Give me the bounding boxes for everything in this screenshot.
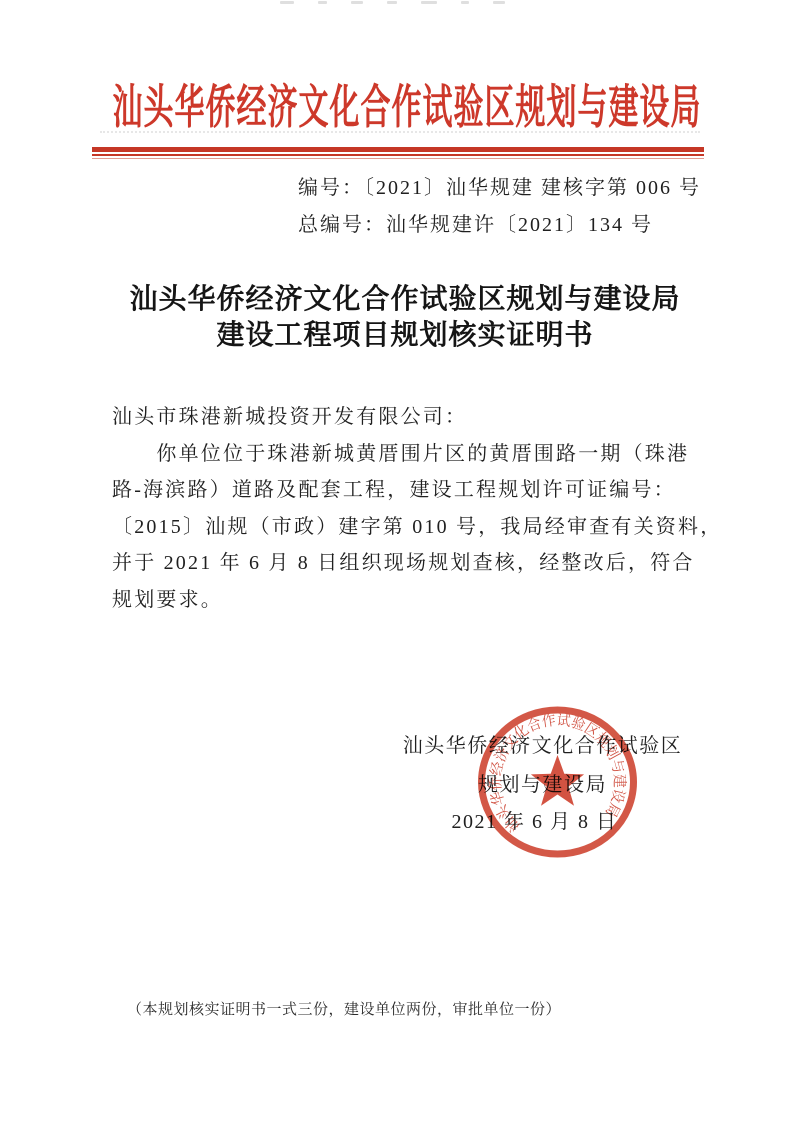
body-line: 〔2015〕汕规（市政）建字第 010 号，我局经审查有关资料，	[112, 509, 708, 546]
scan-artifact	[280, 1, 610, 6]
letterhead-divider	[92, 147, 704, 159]
document-page: 汕头华侨经济文化合作试验区规划与建设局 编号：〔2021〕汕华规建 建核字第 0…	[0, 0, 794, 1121]
body-line: 规划要求。	[112, 582, 708, 619]
footer-note: （本规划核实证明书一式三份，建设单位两份，审批单位一份）	[127, 998, 561, 1019]
document-numbers: 编号：〔2021〕汕华规建 建核字第 006 号 总编号：汕华规建许〔2021〕…	[298, 170, 701, 244]
document-title-line2: 建设工程项目规划核实证明书	[8, 318, 794, 354]
signature-date: 2021 年 6 月 8 日	[382, 804, 687, 841]
body-line: 汕头市珠港新城投资开发有限公司：	[112, 399, 708, 436]
letterhead-agency-name: 汕头华侨经济文化合作试验区规划与建设局	[10, 69, 794, 137]
signature-block: 汕头华侨经济文化合作试验区 规划与建设局 2021 年 6 月 8 日	[390, 726, 695, 841]
document-serial-number: 总编号：汕华规建许〔2021〕134 号	[298, 207, 701, 244]
body-text: 汕头市珠港新城投资开发有限公司： 你单位位于珠港新城黄厝围片区的黄厝围路一期（珠…	[112, 399, 708, 619]
body-line: 你单位位于珠港新城黄厝围片区的黄厝围路一期（珠港	[112, 436, 708, 473]
document-title: 汕头华侨经济文化合作试验区规划与建设局 建设工程项目规划核实证明书	[8, 282, 794, 354]
body-line: 并于 2021 年 6 月 8 日组织现场规划查核，经整改后，符合	[112, 545, 708, 582]
signature-agency-line1: 汕头华侨经济文化合作试验区	[390, 726, 695, 766]
body-line: 路-海滨路）道路及配套工程，建设工程规划许可证编号：	[112, 472, 708, 509]
document-number: 编号：〔2021〕汕华规建 建核字第 006 号	[298, 170, 701, 207]
signature-agency-line2: 规划与建设局	[390, 766, 695, 804]
document-title-line1: 汕头华侨经济文化合作试验区规划与建设局	[8, 282, 794, 318]
